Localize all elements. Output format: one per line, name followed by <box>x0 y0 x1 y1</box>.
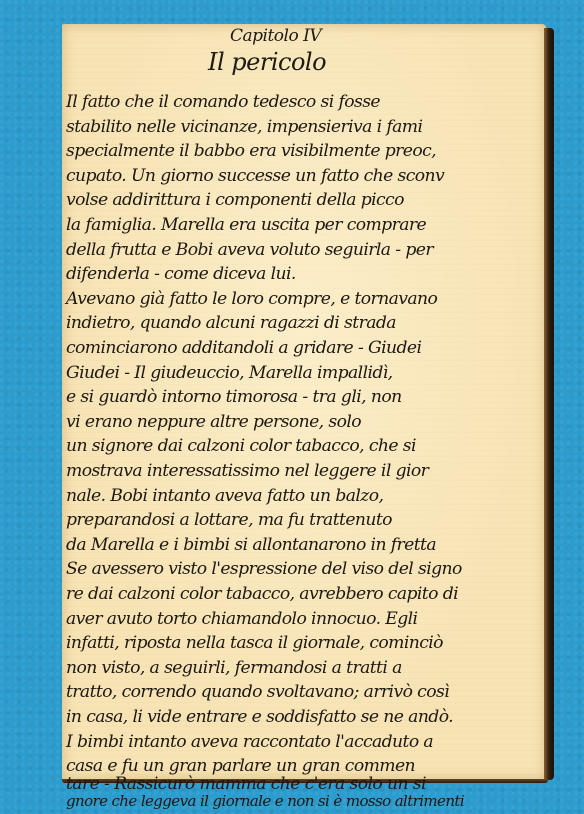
text-line: e si guardò intorno timorosa - tra gli, … <box>66 387 402 407</box>
text-line: non visto, a seguirli, fermandosi a trat… <box>66 658 402 678</box>
text-line: la famiglia. Marella era uscita per comp… <box>66 215 426 235</box>
text-line: Giudei - Il giudeuccio, Marella impallid… <box>66 363 393 383</box>
text-line: tare - Rassicurò mamma che c'era solo un… <box>66 774 426 794</box>
text-line: mostrava interessatissimo nel leggere il… <box>66 461 428 481</box>
text-line: Il fatto che il comando tedesco si fosse <box>66 92 380 112</box>
text-line: specialmente il babbo era visibilmente p… <box>66 141 436 161</box>
text-line: nale. Bobi intanto aveva fatto un balzo, <box>66 486 383 506</box>
text-line: indietro, quando alcuni ragazzi di strad… <box>66 313 396 333</box>
notebook-page: Capitolo IV Il pericolo Il fatto che il … <box>62 24 546 780</box>
text-line: aver avuto torto chiamandolo innocuo. Eg… <box>66 609 417 629</box>
text-line: stabilito nelle vicinanze, impensieriva … <box>66 117 422 137</box>
text-line: vi erano neppure altre persone, solo <box>66 412 361 432</box>
page-edge <box>544 28 554 780</box>
text-line: un signore dai calzoni color tabacco, ch… <box>66 436 416 456</box>
text-line: in casa, li vide entrare e soddisfatto s… <box>66 707 453 727</box>
text-line: difenderla - come diceva lui. <box>66 264 296 284</box>
page-title: Il pericolo <box>208 48 326 76</box>
text-line: tratto, correndo quando svoltavano; arri… <box>66 682 449 702</box>
text-line: re dai calzoni color tabacco, avrebbero … <box>66 584 458 604</box>
text-line: I bimbi intanto aveva raccontato l'accad… <box>66 732 433 752</box>
text-line: infatti, riposta nella tasca il giornale… <box>66 633 443 653</box>
text-line: da Marella e i bimbi si allontanarono in… <box>66 535 436 555</box>
text-line: gnore che leggeva il giornale e non si è… <box>66 792 464 810</box>
text-line: della frutta e Bobi aveva voluto seguirl… <box>66 240 433 260</box>
text-line: volse addirittura i componenti della pic… <box>66 190 404 210</box>
text-line: Avevano già fatto le loro compre, e torn… <box>66 289 437 309</box>
text-line: cominciarono additandoli a gridare - Giu… <box>66 338 421 358</box>
text-line: Se avessero visto l'espressione del viso… <box>66 559 462 579</box>
text-line: preparandosi a lottare, ma fu trattenuto <box>66 510 392 530</box>
text-line: cupato. Un giorno successe un fatto che … <box>66 166 444 186</box>
chapter-heading: Capitolo IV <box>230 26 321 46</box>
